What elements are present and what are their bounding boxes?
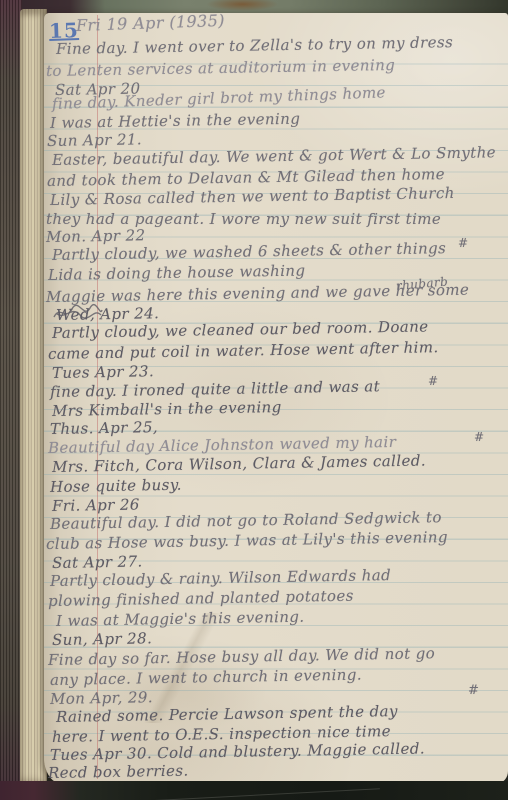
diary-line: I was at Hettie's in the evening [50, 110, 301, 132]
diary-line: # [458, 236, 468, 250]
diary-line: Fine day. I went over to Zella's to try … [56, 33, 453, 58]
diary-line: Sun Apr 21. [47, 130, 142, 150]
diary-line: Lida is doing the house washing [48, 262, 306, 284]
diary-line: Mrs Kimball's in the evening [52, 398, 282, 420]
diary-line: Maggie was here this evening and we gave… [46, 281, 469, 306]
diary-line: Mon Apr, 29. [50, 688, 153, 708]
diary-line: I was at Maggie's this evening. [56, 608, 305, 630]
diary-line: Hose quite busy. [50, 476, 182, 496]
diary-line: Fri 19 Apr (1935) [76, 11, 226, 35]
diary-line: any place. I went to church in evening. [50, 666, 362, 689]
diary-line: Fri. Apr 26 [52, 495, 140, 515]
diary-line: # [428, 374, 438, 388]
diary-line: came and put coil in water. Hose went af… [48, 338, 439, 363]
diary-line: to Lenten services at auditorium in even… [46, 56, 395, 80]
diary-line: # [468, 683, 479, 698]
diary-line: Recd box berries. [48, 762, 189, 782]
diary-line: Sat Apr 27. [52, 552, 143, 572]
handwriting-layer: 15 Fri 19 Apr (1935)Fine day. I went ove… [0, 0, 508, 800]
diary-line: they had a pageant. I wore my new suit f… [46, 210, 441, 228]
table-edge-line [120, 788, 380, 800]
diary-line: Mon. Apr 22 [46, 226, 146, 246]
diary-book-scene: 15 Fri 19 Apr (1935)Fine day. I went ove… [0, 0, 508, 800]
diary-line: Thus. Apr 25, [50, 418, 158, 438]
diary-line: Tues Apr 23. [52, 362, 154, 382]
book-cover-bottom [0, 781, 508, 800]
diary-line: Sun, Apr 28. [52, 629, 152, 649]
diary-line: # [474, 430, 484, 444]
diary-line: Wed, Apr 24. [56, 304, 160, 324]
diary-line: plowing finished and planted potatoes [48, 587, 354, 610]
